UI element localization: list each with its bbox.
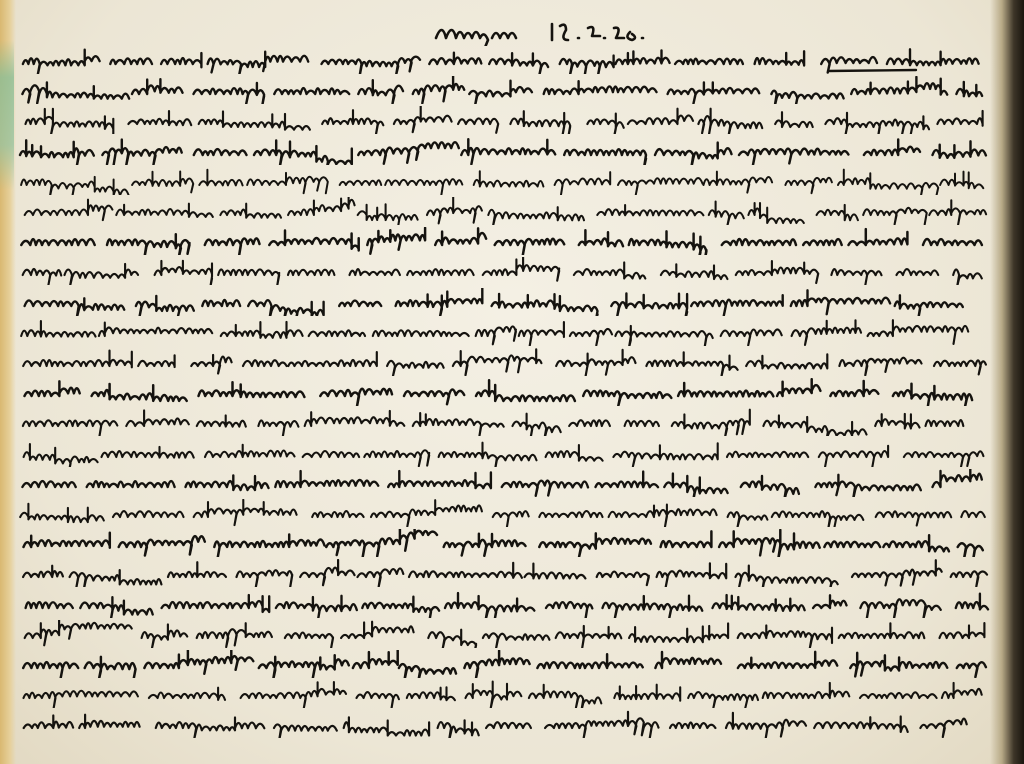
date-heading: Montag, den 15.2.26.: [432, 16, 672, 46]
handwriting-stroke: [16, 650, 991, 678]
handwritten-line: [16, 76, 991, 104]
handwriting-stroke: [16, 137, 991, 165]
handwritten-date-stroke: [432, 16, 672, 46]
handwritten-line: [16, 46, 991, 74]
handwritten-line: [16, 529, 991, 557]
green-stain: [0, 40, 14, 190]
handwriting-stroke: [16, 499, 991, 527]
handwriting-stroke: [16, 288, 991, 316]
page-gutter-shadow: [990, 0, 1024, 764]
handwritten-line: [16, 167, 991, 195]
handwritten-line: [16, 499, 991, 527]
handwritten-line: [16, 408, 991, 436]
handwritten-line: [16, 680, 991, 708]
handwriting-stroke: [16, 318, 991, 346]
handwritten-line: [16, 257, 991, 285]
handwritten-line: [16, 469, 991, 497]
handwriting-stroke: [16, 46, 991, 74]
handwritten-line: [16, 650, 991, 678]
handwriting-stroke: [16, 106, 991, 134]
diary-page: Montag, den 15.2.26.: [0, 0, 1024, 764]
handwriting-stroke: [16, 439, 991, 467]
handwritten-line: [16, 137, 991, 165]
handwritten-line: [16, 620, 991, 648]
handwritten-line: [16, 378, 991, 406]
handwriting-stroke: [16, 76, 991, 104]
handwritten-line: [16, 590, 991, 618]
handwritten-line: [16, 710, 991, 738]
handwriting-stroke: [16, 529, 991, 557]
handwritten-line: [16, 318, 991, 346]
handwriting-stroke: [16, 590, 991, 618]
handwritten-line: [16, 197, 991, 225]
handwriting-stroke: [16, 469, 991, 497]
underline-stroke: [828, 70, 916, 71]
handwritten-line: [16, 106, 991, 134]
handwriting-stroke: [16, 559, 991, 587]
handwriting-stroke: [16, 348, 991, 376]
handwritten-line: [16, 559, 991, 587]
handwriting-stroke: [16, 197, 991, 225]
handwriting-stroke: [16, 680, 991, 708]
handwriting-stroke: [16, 257, 991, 285]
handwriting-stroke: [16, 227, 991, 255]
handwriting-stroke: [16, 408, 991, 436]
handwriting-stroke: [16, 620, 991, 648]
handwriting-stroke: [16, 710, 991, 738]
handwriting-stroke: [16, 378, 991, 406]
handwritten-line: [16, 288, 991, 316]
handwritten-line: [16, 439, 991, 467]
handwritten-line: [16, 348, 991, 376]
handwritten-line: [16, 227, 991, 255]
handwriting-stroke: [16, 167, 991, 195]
